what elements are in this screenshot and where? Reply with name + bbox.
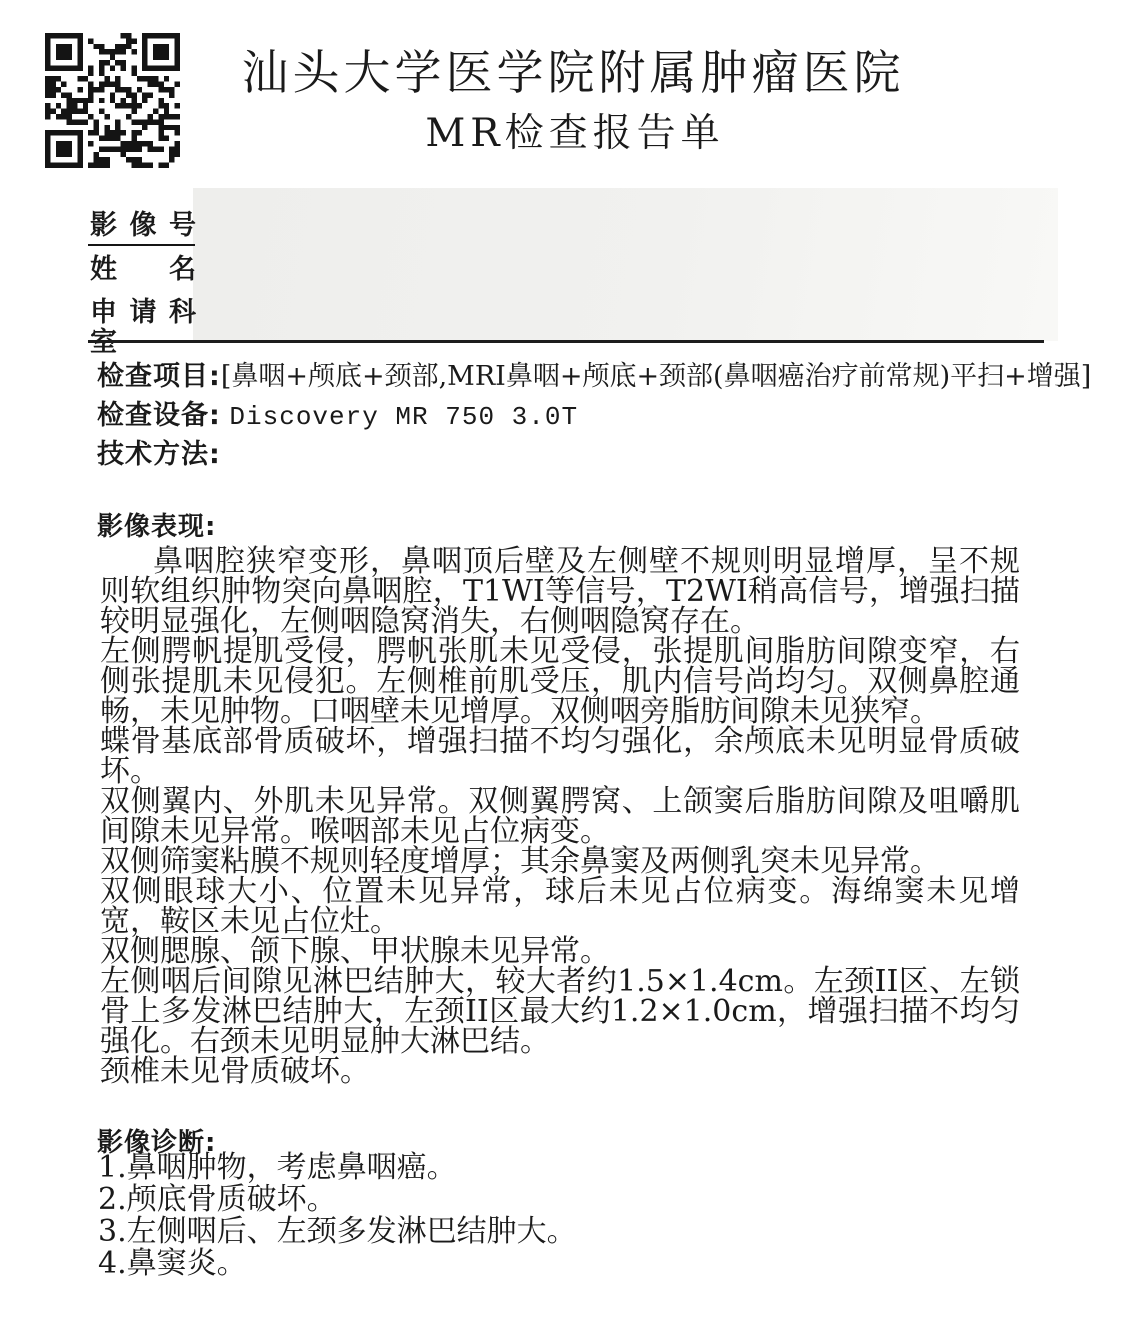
diagnosis-item: 3.左侧咽后、左颈多发淋巴结肿大。 — [98, 1216, 577, 1248]
mr-report-page: 汕头大学医学院附属肿瘤医院 MR检查报告单 影像号 姓名 申请科室 检查项目:[… — [0, 0, 1124, 1324]
findings-paragraph: 双侧翼内、外肌未见异常。双侧翼腭窝、上颌窦后脂肪间隙及咀嚼肌间隙未见异常。喉咽部… — [100, 787, 1020, 847]
hospital-title: 汕头大学医学院附属肿瘤医院 — [0, 48, 1124, 100]
exam-meta-block: 检查项目:[鼻咽+颅底+颈部,MRI鼻咽+颅底+颈部(鼻咽癌治疗前常规)平扫+增… — [97, 354, 1047, 471]
findings-paragraph: 蝶骨基底部骨质破坏，增强扫描不均匀强化，余颅底未见明显骨质破坏。 — [100, 727, 1020, 787]
divider-long — [88, 340, 1044, 343]
findings-body: 鼻咽腔狭窄变形，鼻咽顶后壁及左侧壁不规则明显增厚，呈不规则软组织肿物突向鼻咽腔，… — [100, 547, 1020, 1087]
exam-method-label: 技术方法: — [97, 439, 221, 470]
field-label-image-number: 影像号 — [90, 211, 196, 241]
exam-device-value: Discovery MR 750 3.0T — [229, 402, 578, 432]
findings-heading: 影像表现: — [97, 506, 216, 543]
findings-paragraph: 双侧腮腺、颌下腺、甲状腺未见异常。 — [100, 937, 1020, 967]
findings-paragraph: 双侧筛窦粘膜不规则轻度增厚；其余鼻窦及两侧乳突未见异常。 — [100, 847, 1020, 877]
diagnosis-item: 2.颅底骨质破坏。 — [98, 1184, 577, 1216]
field-label-department: 申请科室 — [90, 298, 196, 358]
exam-device-label: 检查设备: — [97, 400, 221, 431]
exam-item-label: 检查项目: — [97, 361, 221, 392]
patient-info-block: 影像号 姓名 申请科室 — [88, 188, 1044, 344]
diagnosis-item: 1.鼻咽肿物，考虑鼻咽癌。 — [98, 1152, 577, 1184]
report-header: 汕头大学医学院附属肿瘤医院 MR检查报告单 — [0, 48, 1124, 156]
findings-paragraph: 左侧咽后间隙见淋巴结肿大，较大者约1.5×1.4cm。左颈II区、左锁骨上多发淋… — [100, 967, 1020, 1057]
redaction-box — [193, 188, 1058, 341]
diagnosis-list: 1.鼻咽肿物，考虑鼻咽癌。2.颅底骨质破坏。3.左侧咽后、左颈多发淋巴结肿大。4… — [98, 1152, 577, 1280]
exam-device-row: 检查设备: Discovery MR 750 3.0T — [97, 393, 1047, 432]
divider-short — [88, 244, 195, 246]
findings-paragraph: 鼻咽腔狭窄变形，鼻咽顶后壁及左侧壁不规则明显增厚，呈不规则软组织肿物突向鼻咽腔，… — [100, 547, 1020, 637]
findings-paragraph: 左侧腭帆提肌受侵，腭帆张肌未见受侵，张提肌间脂肪间隙变窄，右侧张提肌未见侵犯。左… — [100, 637, 1020, 727]
findings-paragraph: 双侧眼球大小、位置未见异常，球后未见占位病变。海绵窦未见增宽，鞍区未见占位灶。 — [100, 877, 1020, 937]
exam-item-row: 检查项目:[鼻咽+颅底+颈部,MRI鼻咽+颅底+颈部(鼻咽癌治疗前常规)平扫+增… — [97, 354, 1047, 393]
diagnosis-item: 4.鼻窦炎。 — [98, 1248, 577, 1280]
findings-paragraph: 颈椎未见骨质破坏。 — [100, 1057, 1020, 1087]
field-label-name: 姓名 — [90, 255, 196, 285]
exam-method-row: 技术方法: — [97, 432, 1047, 471]
exam-item-value: [鼻咽+颅底+颈部,MRI鼻咽+颅底+颈部(鼻咽癌治疗前常规)平扫+增强] — [221, 361, 1091, 392]
report-title: MR检查报告单 — [0, 113, 1124, 156]
